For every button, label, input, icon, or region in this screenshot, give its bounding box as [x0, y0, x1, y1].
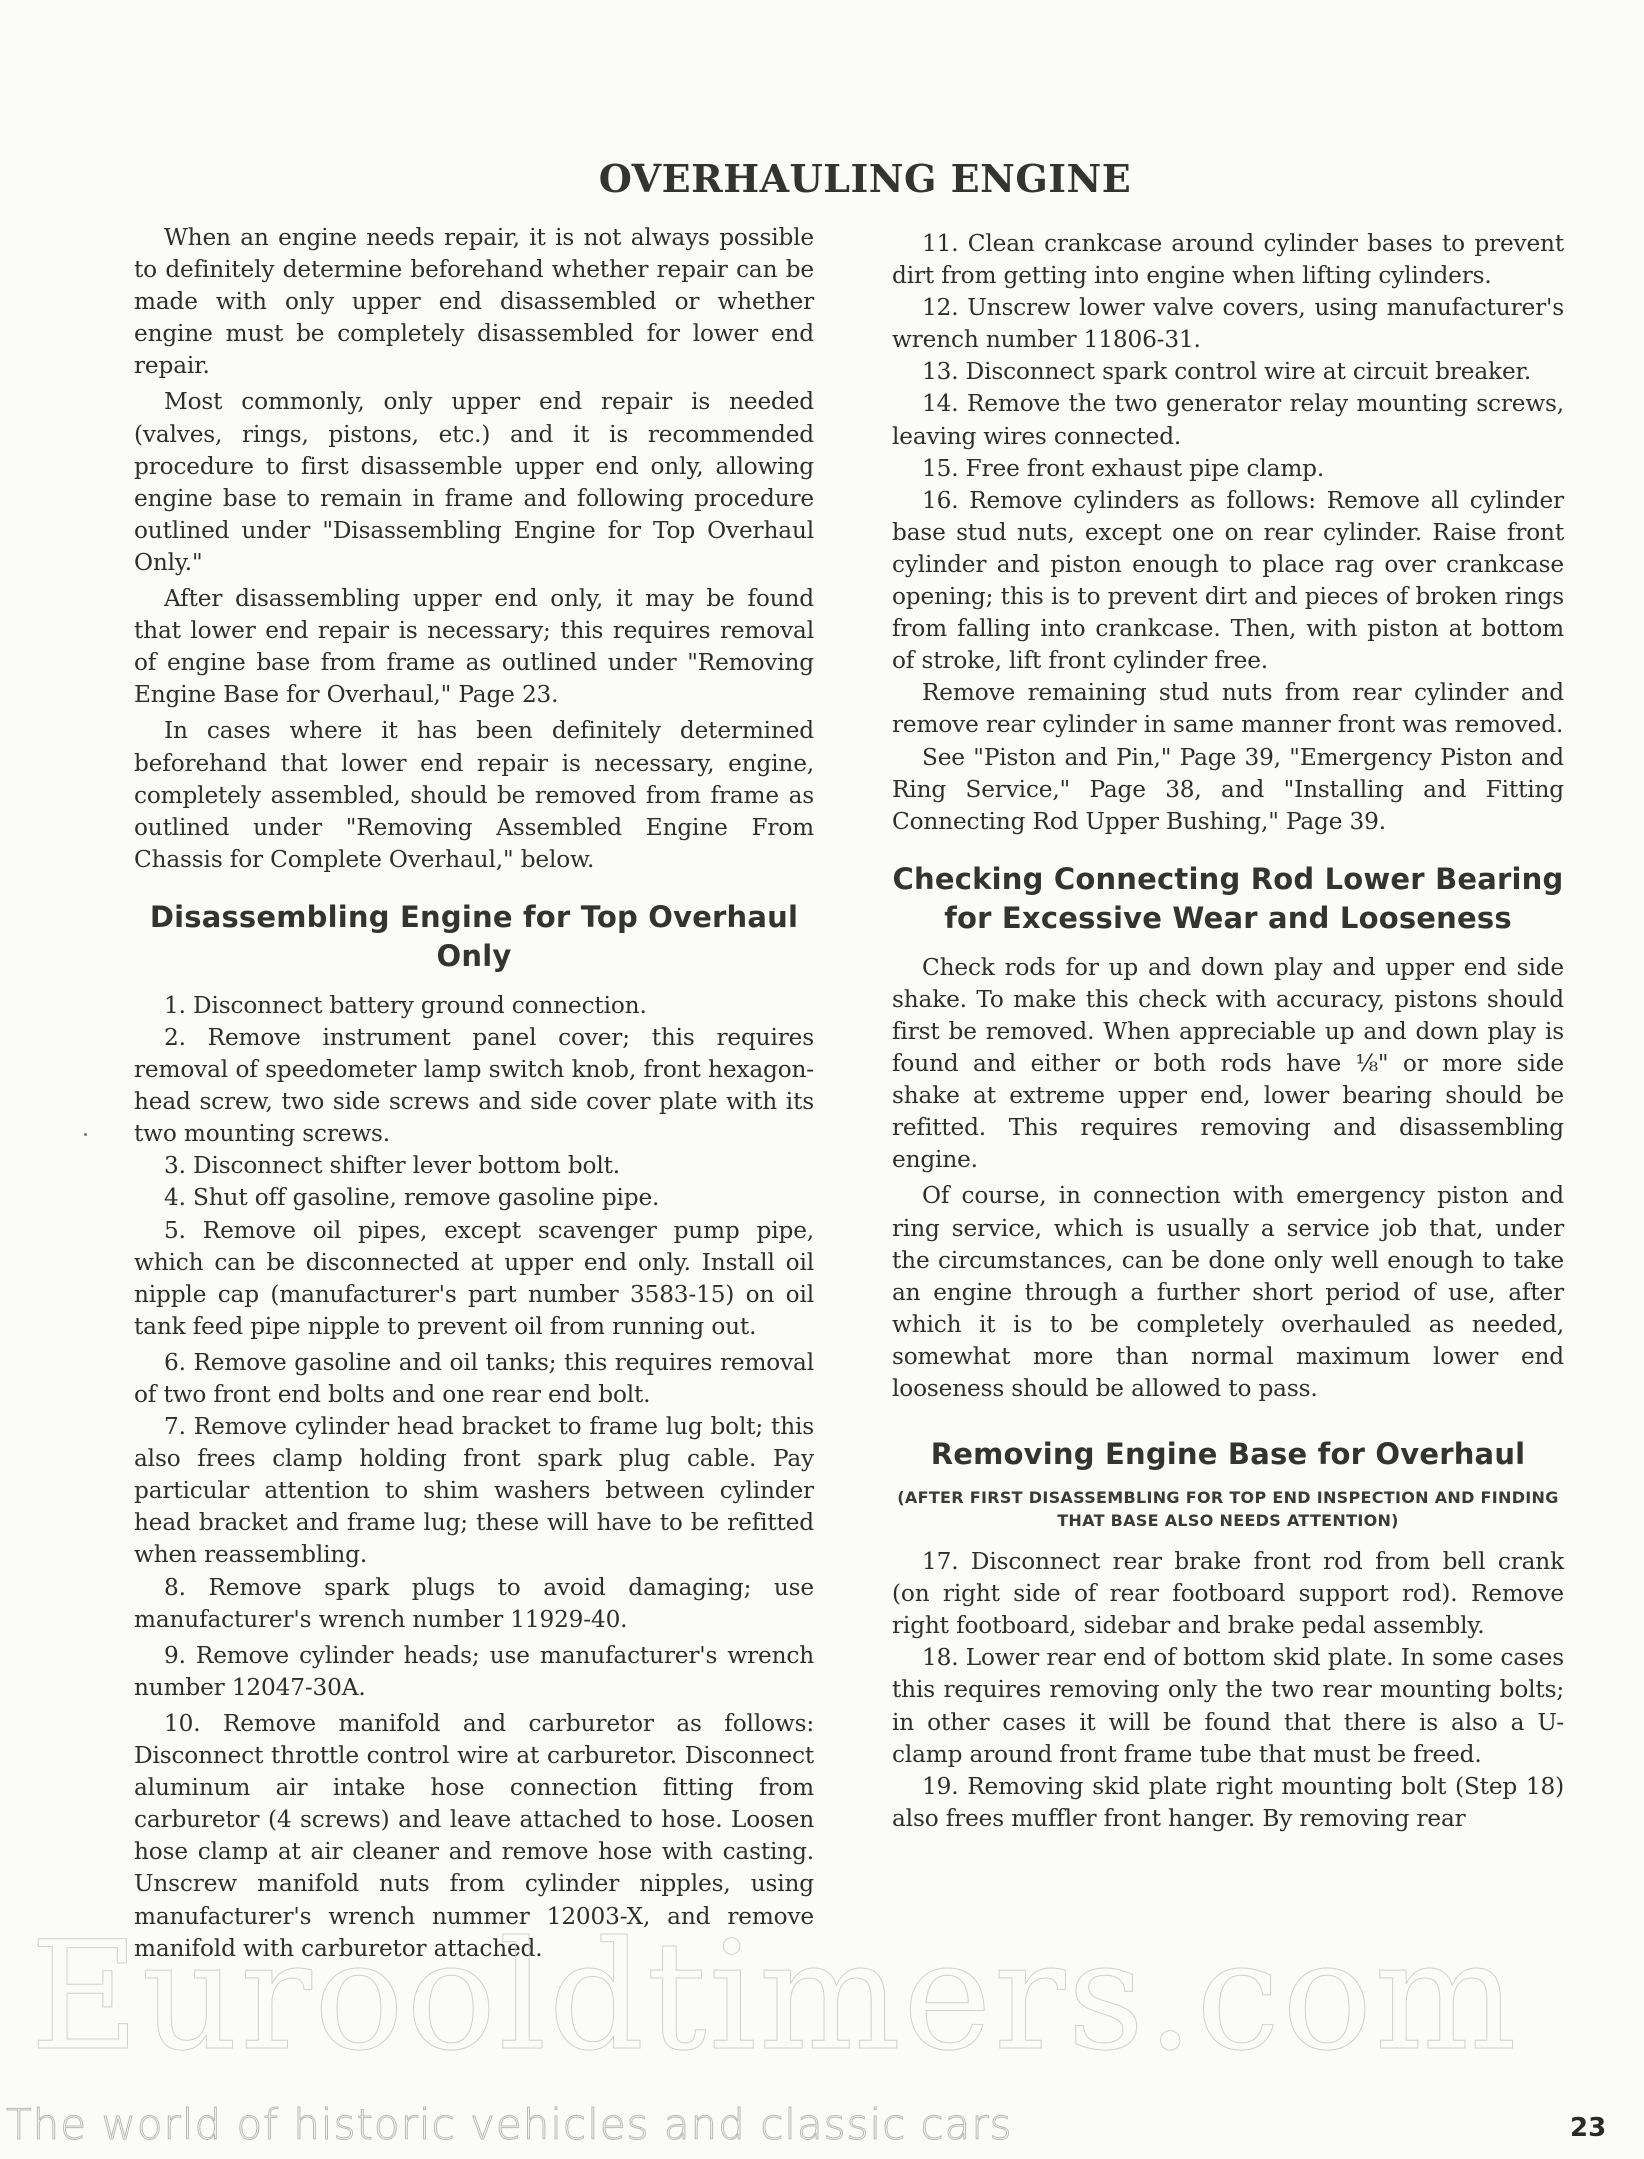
step-item: 3. Disconnect shifter lever bottom bolt.: [134, 1150, 814, 1182]
intro-paragraph: Most commonly, only upper end repair is …: [134, 386, 814, 579]
step-item: 7. Remove cylinder head bracket to frame…: [134, 1411, 814, 1571]
step-item: 15. Free front exhaust pipe clamp.: [892, 453, 1564, 485]
section-heading-removing-base: Removing Engine Base for Overhaul: [892, 1435, 1564, 1474]
section-heading-top-overhaul: Disassembling Engine for Top Overhaul On…: [134, 898, 814, 976]
step-item: 18. Lower rear end of bottom skid plate.…: [892, 1642, 1564, 1770]
intro-paragraph: In cases where it has been definitely de…: [134, 715, 814, 875]
step-item: 12. Unscrew lower valve covers, using ma…: [892, 292, 1564, 356]
left-column: When an engine needs repair, it is not a…: [134, 222, 814, 1965]
body-paragraph: Check rods for up and down play and uppe…: [892, 952, 1564, 1177]
page-title: OVERHAULING ENGINE: [0, 156, 1644, 201]
intro-paragraph: When an engine needs repair, it is not a…: [134, 222, 814, 382]
step-item: 2. Remove instrument panel cover; this r…: [134, 1022, 814, 1150]
step-item: See "Piston and Pin," Page 39, "Emergenc…: [892, 742, 1564, 838]
step-item: 6. Remove gasoline and oil tanks; this r…: [134, 1347, 814, 1411]
watermark-tagline: The world of historic vehicles and class…: [6, 2100, 1013, 2149]
step-item: 4. Shut off gasoline, remove gasoline pi…: [134, 1182, 814, 1214]
step-item: 10. Remove manifold and carburetor as fo…: [134, 1708, 814, 1965]
step-item: 9. Remove cylinder heads; use manufactur…: [134, 1640, 814, 1704]
step-item: 1. Disconnect battery ground connection.: [134, 990, 814, 1022]
scan-speck: [84, 1133, 87, 1136]
step-item: 8. Remove spark plugs to avoid damaging;…: [134, 1572, 814, 1636]
body-paragraph: Of course, in connection with emergency …: [892, 1180, 1564, 1405]
right-column: 11. Clean crankcase around cylinder base…: [892, 228, 1564, 1835]
step-item: 16. Remove cylinders as follows: Remove …: [892, 485, 1564, 678]
step-item: 5. Remove oil pipes, except scavenger pu…: [134, 1215, 814, 1343]
section-heading-checking-rod: Checking Connecting Rod Lower Bearing fo…: [892, 860, 1564, 938]
step-item: Remove remaining stud nuts from rear cyl…: [892, 677, 1564, 741]
section-subheading: (AFTER FIRST DISASSEMBLING FOR TOP END I…: [892, 1486, 1564, 1532]
page-number: 23: [1570, 2113, 1606, 2143]
step-item: 17. Disconnect rear brake front rod from…: [892, 1546, 1564, 1642]
step-item: 11. Clean crankcase around cylinder base…: [892, 228, 1564, 292]
step-item: 14. Remove the two generator relay mount…: [892, 388, 1564, 452]
step-item: 19. Removing skid plate right mounting b…: [892, 1771, 1564, 1835]
intro-paragraph: After disassembling upper end only, it m…: [134, 583, 814, 711]
step-item: 13. Disconnect spark control wire at cir…: [892, 356, 1564, 388]
